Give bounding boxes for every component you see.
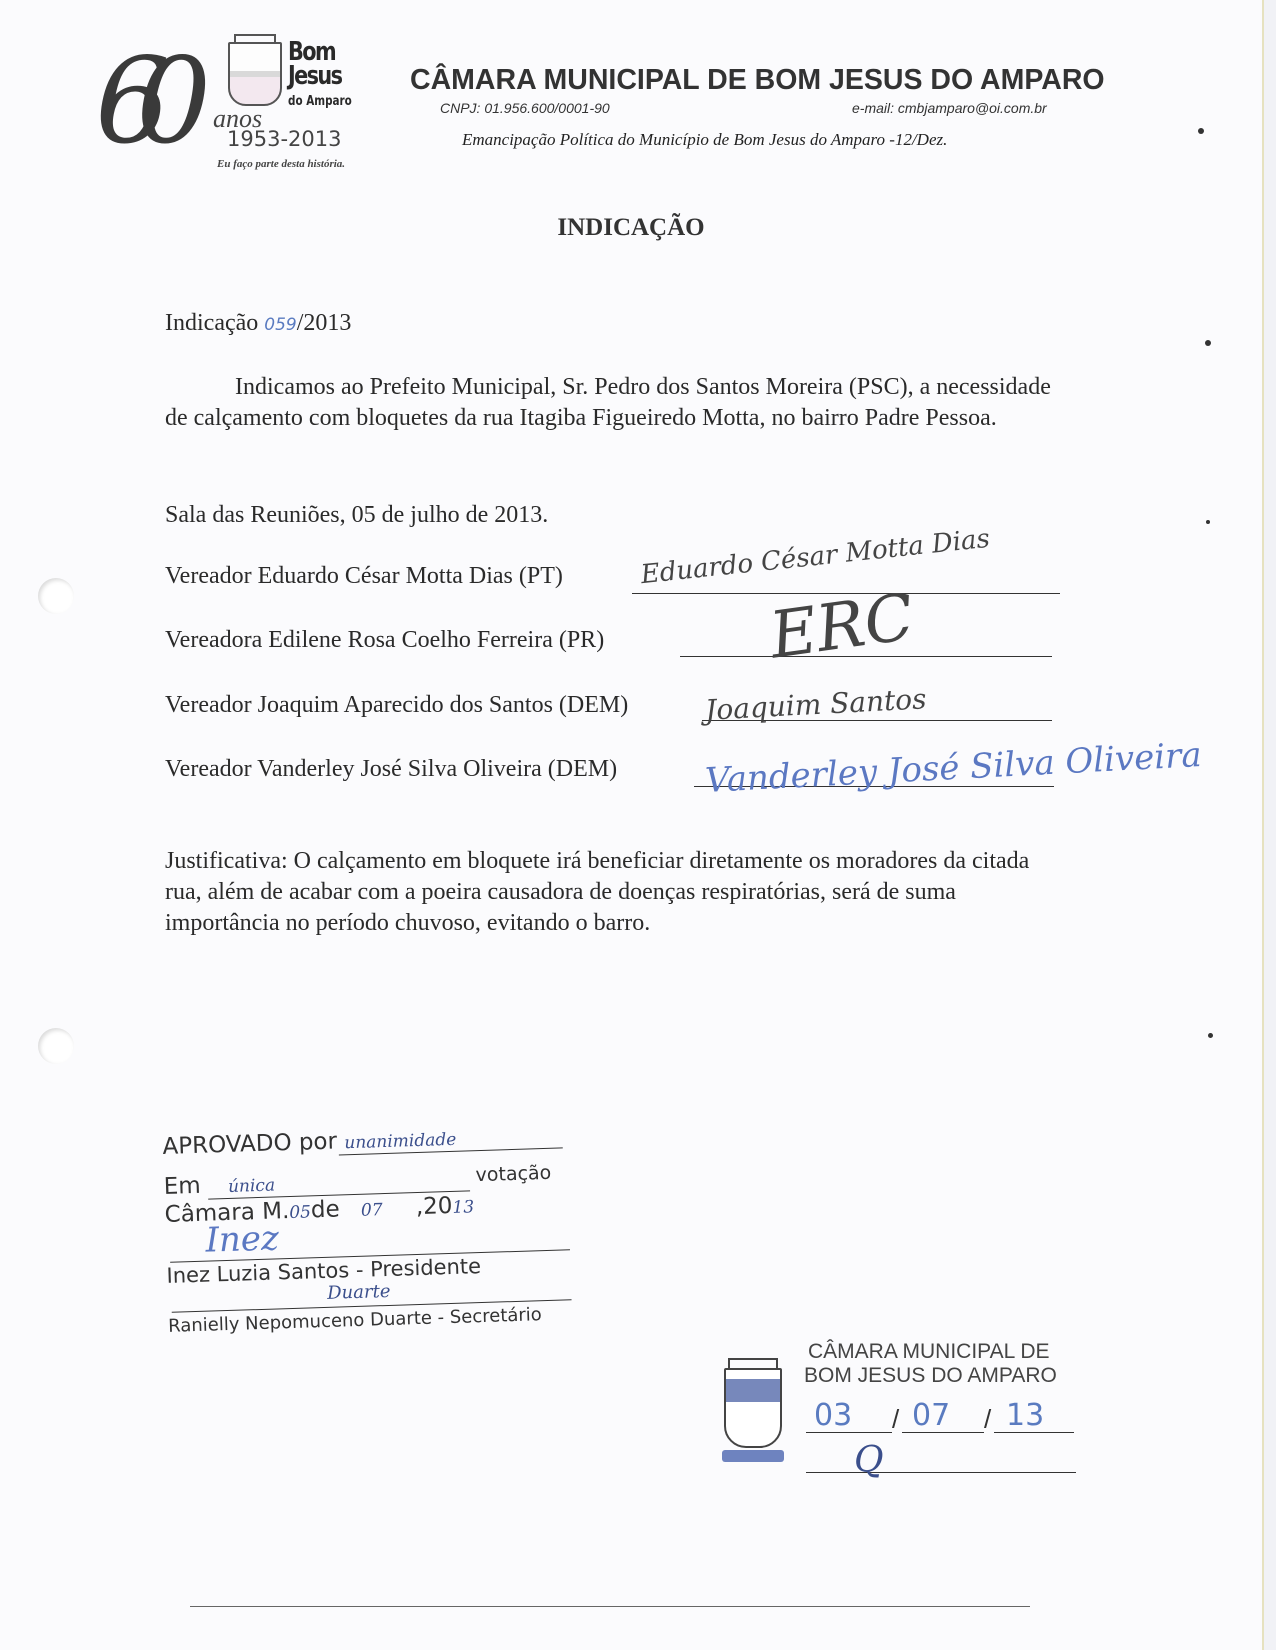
logo-slogan: Eu faço parte desta história. <box>217 158 345 170</box>
coat-of-arms-icon <box>228 42 282 106</box>
approved-by-row: APROVADO por unanimidade <box>162 1125 456 1160</box>
stamp-line <box>994 1432 1074 1433</box>
protocol-line1: CÂMARA MUNICIPAL DE <box>808 1340 1050 1364</box>
header-emancipation: Emancipação Política do Município de Bom… <box>462 130 947 150</box>
day-value: 05 <box>289 1202 311 1223</box>
month-value: 07 <box>361 1200 383 1221</box>
signature-vanderley: Vanderley José Silva Oliveira <box>704 735 1202 801</box>
signature-edilene: ERC <box>766 580 919 673</box>
signer-edilene: Vereadora Edilene Rosa Coelho Ferreira (… <box>165 627 604 654</box>
place-date: Sala das Reuniões, 05 de julho de 2013. <box>165 502 548 529</box>
logo-city-line2: Jesus <box>288 64 341 88</box>
protocol-year: 13 <box>1006 1398 1044 1433</box>
speck <box>1205 340 1211 346</box>
em-row: Em única <box>163 1170 275 1199</box>
indication-body: Indicamos ao Prefeito Municipal, Sr. Ped… <box>165 372 1055 434</box>
president-signature: Inez <box>205 1218 280 1260</box>
signer-joaquim: Vereador Joaquim Aparecido dos Santos (D… <box>165 692 628 719</box>
indication-year: /2013 <box>297 310 352 336</box>
em-label: Em <box>163 1173 201 1200</box>
header-email: e-mail: cmbjamparo@oi.com.br <box>852 100 1047 116</box>
approval-stamp: APROVADO por unanimidade Em única votaçã… <box>162 1117 589 1350</box>
document-title: INDICAÇÃO <box>0 214 1262 242</box>
header-title: CÂMARA MUNICIPAL DE BOM JESUS DO AMPARO <box>410 64 1105 97</box>
speck <box>1208 1033 1213 1038</box>
stamp-line <box>902 1432 984 1433</box>
protocol-separator: / <box>892 1404 899 1435</box>
crest-banner <box>722 1450 784 1462</box>
logo-numeral: 60 <box>95 26 177 176</box>
coat-of-arms-icon <box>724 1368 782 1448</box>
stamp-line <box>806 1472 1076 1473</box>
protocol-month: 07 <box>912 1398 950 1433</box>
justification: Justificativa: O calçamento em bloquete … <box>165 846 1065 939</box>
signature-eduardo: Eduardo César Motta Dias <box>639 524 991 590</box>
anniversary-logo: 60 anos 1953-2013 Eu faço parte desta hi… <box>95 26 385 176</box>
de-label: de <box>311 1196 341 1223</box>
signer-eduardo: Vereador Eduardo César Motta Dias (PT) <box>165 563 563 590</box>
votacao-label: votação <box>475 1162 551 1186</box>
approved-by-label: APROVADO por <box>162 1129 337 1160</box>
protocol-line2: BOM JESUS DO AMPARO <box>804 1364 1057 1388</box>
signer-vanderley: Vereador Vanderley José Silva Oliveira (… <box>165 756 617 783</box>
indication-number: Indicação 059/2013 <box>165 310 351 337</box>
logo-city-line3: do Amparo <box>288 94 352 109</box>
logo-years: 1953-2013 <box>227 127 341 151</box>
secretary-signature: Duarte <box>327 1281 391 1304</box>
indication-handwritten-number: 059 <box>264 315 296 335</box>
year-prefix: ,20 <box>415 1193 452 1220</box>
em-value: única <box>228 1175 276 1196</box>
protocol-initials: Q <box>854 1440 884 1481</box>
bottom-rule <box>190 1606 1030 1607</box>
speck <box>1198 128 1204 134</box>
secretary-name: Ranielly Nepomuceno Duarte - Secretário <box>168 1304 542 1337</box>
header-cnpj: CNPJ: 01.956.600/0001-90 <box>440 100 610 116</box>
logo-city-name: Bom Jesus <box>288 40 341 88</box>
protocol-stamp: CÂMARA MUNICIPAL DE BOM JESUS DO AMPARO … <box>722 1340 1102 1500</box>
approved-by-value: unanimidade <box>344 1130 457 1154</box>
indication-label: Indicação <box>165 310 258 336</box>
protocol-day: 03 <box>814 1398 852 1433</box>
stamp-line <box>806 1432 892 1433</box>
speck <box>1206 520 1210 524</box>
punch-hole <box>38 1028 74 1064</box>
protocol-separator: / <box>984 1404 991 1435</box>
paper-edge <box>1262 0 1276 1650</box>
punch-hole <box>38 578 74 614</box>
year-value: 13 <box>452 1197 474 1218</box>
document-page: 60 anos 1953-2013 Eu faço parte desta hi… <box>0 0 1262 1650</box>
